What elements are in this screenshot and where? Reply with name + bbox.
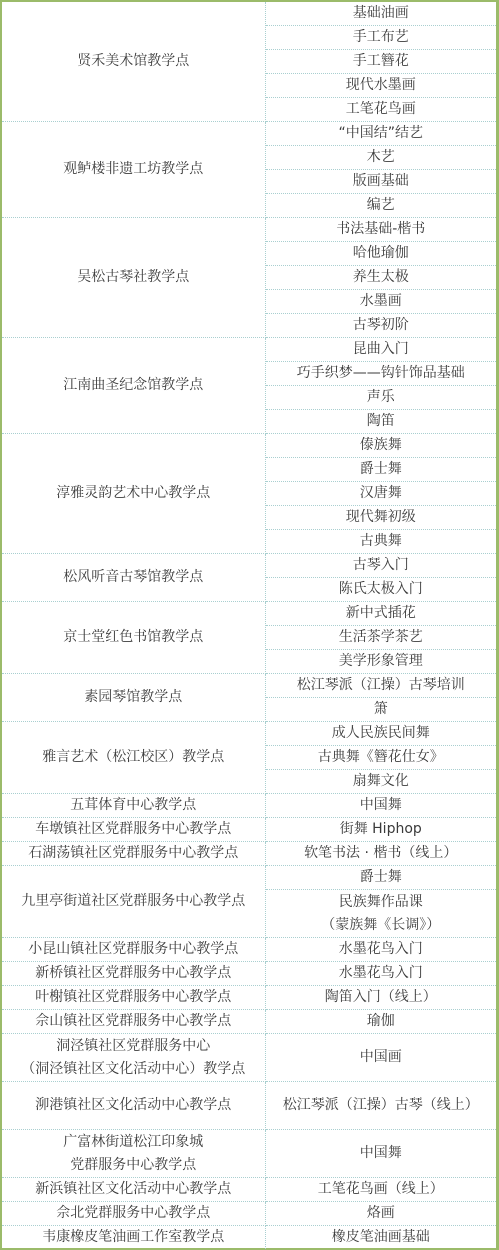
site-name: 观鲈楼非遗工坊教学点 xyxy=(2,122,265,218)
table-row: 洞泾镇社区党群服务中心 （洞泾镇社区文化活动中心）教学点 中国画 xyxy=(2,1034,496,1082)
site-name: 吴松古琴社教学点 xyxy=(2,218,265,338)
table-row: 车墩镇社区党群服务中心教学点 街舞 Hiphop xyxy=(2,818,496,842)
site-name-line: （洞泾镇社区文化活动中心）教学点 xyxy=(4,1058,263,1081)
course-name: 松江琴派（江操）古琴（线上） xyxy=(265,1082,496,1130)
course-name: 街舞 Hiphop xyxy=(265,818,496,842)
course-name: 工笔花鸟画（线上） xyxy=(265,1178,496,1202)
course-name: 哈他瑜伽 xyxy=(265,242,496,266)
course-name: 爵士舞 xyxy=(265,458,496,482)
course-name: 中国舞 xyxy=(265,794,496,818)
site-name: 韦康橡皮笔油画工作室教学点 xyxy=(2,1226,265,1250)
site-name: 洞泾镇社区党群服务中心 （洞泾镇社区文化活动中心）教学点 xyxy=(2,1034,265,1082)
course-name: 古典舞 xyxy=(265,530,496,554)
course-name: 编艺 xyxy=(265,194,496,218)
course-name: 古琴入门 xyxy=(265,554,496,578)
course-name: 版画基础 xyxy=(265,170,496,194)
course-name: 水墨花鸟入门 xyxy=(265,962,496,986)
course-name: 水墨花鸟入门 xyxy=(265,938,496,962)
course-name: 中国画 xyxy=(265,1034,496,1082)
table-row: 泖港镇社区文化活动中心教学点 松江琴派（江操）古琴（线上） xyxy=(2,1082,496,1130)
course-name: 烙画 xyxy=(265,1202,496,1226)
table-row: 贤禾美术馆教学点 基础油画 xyxy=(2,2,496,26)
course-name: “中国结”结艺 xyxy=(265,122,496,146)
table-row: 吴松古琴社教学点 书法基础-楷书 xyxy=(2,218,496,242)
table-row: 石湖荡镇社区党群服务中心教学点 软笔书法 · 楷书（线上） xyxy=(2,842,496,866)
site-name: 车墩镇社区党群服务中心教学点 xyxy=(2,818,265,842)
site-name: 石湖荡镇社区党群服务中心教学点 xyxy=(2,842,265,866)
course-name: 手工布艺 xyxy=(265,26,496,50)
course-name: 书法基础-楷书 xyxy=(265,218,496,242)
table-row: 广富林街道松江印象城 党群服务中心教学点 中国舞 xyxy=(2,1130,496,1178)
table-row: 素园琴馆教学点 松江琴派（江操）古琴培训 xyxy=(2,674,496,698)
site-name: 江南曲圣纪念馆教学点 xyxy=(2,338,265,434)
course-name: 巧手织梦——钩针饰品基础 xyxy=(265,362,496,386)
course-name: 橡皮笔油画基础 xyxy=(265,1226,496,1250)
course-name: 古典舞《簪花仕女》 xyxy=(265,746,496,770)
site-name: 新桥镇社区党群服务中心教学点 xyxy=(2,962,265,986)
site-name: 五茸体育中心教学点 xyxy=(2,794,265,818)
course-name: 软笔书法 · 楷书（线上） xyxy=(265,842,496,866)
course-name: 扇舞文化 xyxy=(265,770,496,794)
site-name-line: 党群服务中心教学点 xyxy=(4,1154,263,1177)
course-name: 木艺 xyxy=(265,146,496,170)
table-row: 韦康橡皮笔油画工作室教学点 橡皮笔油画基础 xyxy=(2,1226,496,1250)
course-name: 昆曲入门 xyxy=(265,338,496,362)
course-name: 箫 xyxy=(265,698,496,722)
site-name-line: 广富林街道松江印象城 xyxy=(4,1131,263,1154)
site-name: 佘山镇社区党群服务中心教学点 xyxy=(2,1010,265,1034)
site-name: 佘北党群服务中心教学点 xyxy=(2,1202,265,1226)
course-name: 基础油画 xyxy=(265,2,496,26)
course-name: 水墨画 xyxy=(265,290,496,314)
site-name: 雅言艺术（松江校区）教学点 xyxy=(2,722,265,794)
table-row: 叶榭镇社区党群服务中心教学点 陶笛入门（线上） xyxy=(2,986,496,1010)
course-table-frame: 贤禾美术馆教学点 基础油画 手工布艺 手工簪花 现代水墨画 工笔花鸟画 观鲈楼非… xyxy=(0,0,499,1250)
site-name: 广富林街道松江印象城 党群服务中心教学点 xyxy=(2,1130,265,1178)
site-name: 小昆山镇社区党群服务中心教学点 xyxy=(2,938,265,962)
table-row: 佘北党群服务中心教学点 烙画 xyxy=(2,1202,496,1226)
course-name: 新中式插花 xyxy=(265,602,496,626)
course-name: 傣族舞 xyxy=(265,434,496,458)
course-name: 陶笛 xyxy=(265,410,496,434)
course-name: 声乐 xyxy=(265,386,496,410)
course-name: 工笔花鸟画 xyxy=(265,98,496,122)
site-name: 素园琴馆教学点 xyxy=(2,674,265,722)
site-name: 京士堂红色书馆教学点 xyxy=(2,602,265,674)
course-name: 成人民族民间舞 xyxy=(265,722,496,746)
table-row: 观鲈楼非遗工坊教学点 “中国结”结艺 xyxy=(2,122,496,146)
site-name-line: 洞泾镇社区党群服务中心 xyxy=(4,1035,263,1058)
site-name: 松风听音古琴馆教学点 xyxy=(2,554,265,602)
course-name: 中国舞 xyxy=(265,1130,496,1178)
site-name: 新浜镇社区文化活动中心教学点 xyxy=(2,1178,265,1202)
course-name: 汉唐舞 xyxy=(265,482,496,506)
course-name: 瑜伽 xyxy=(265,1010,496,1034)
course-name-line: （蒙族舞《长调》） xyxy=(268,914,495,937)
course-name: 手工簪花 xyxy=(265,50,496,74)
site-name: 叶榭镇社区党群服务中心教学点 xyxy=(2,986,265,1010)
table-row: 淳雅灵韵艺术中心教学点 傣族舞 xyxy=(2,434,496,458)
course-name: 陶笛入门（线上） xyxy=(265,986,496,1010)
course-name: 松江琴派（江操）古琴培训 xyxy=(265,674,496,698)
course-name: 陈氏太极入门 xyxy=(265,578,496,602)
site-name: 贤禾美术馆教学点 xyxy=(2,2,265,122)
course-name: 民族舞作品课 （蒙族舞《长调》） xyxy=(265,890,496,938)
course-name: 养生太极 xyxy=(265,266,496,290)
course-name-line: 民族舞作品课 xyxy=(268,891,495,914)
table-row: 佘山镇社区党群服务中心教学点 瑜伽 xyxy=(2,1010,496,1034)
course-name: 爵士舞 xyxy=(265,866,496,890)
course-name: 现代舞初级 xyxy=(265,506,496,530)
table-row: 五茸体育中心教学点 中国舞 xyxy=(2,794,496,818)
course-name: 美学形象管理 xyxy=(265,650,496,674)
table-row: 新浜镇社区文化活动中心教学点 工笔花鸟画（线上） xyxy=(2,1178,496,1202)
course-name: 生活茶学茶艺 xyxy=(265,626,496,650)
table-row: 新桥镇社区党群服务中心教学点 水墨花鸟入门 xyxy=(2,962,496,986)
table-row: 小昆山镇社区党群服务中心教学点 水墨花鸟入门 xyxy=(2,938,496,962)
site-name: 淳雅灵韵艺术中心教学点 xyxy=(2,434,265,554)
table-row: 江南曲圣纪念馆教学点 昆曲入门 xyxy=(2,338,496,362)
course-name: 古琴初阶 xyxy=(265,314,496,338)
course-schedule-table: 贤禾美术馆教学点 基础油画 手工布艺 手工簪花 现代水墨画 工笔花鸟画 观鲈楼非… xyxy=(2,2,496,1249)
table-row: 雅言艺术（松江校区）教学点 成人民族民间舞 xyxy=(2,722,496,746)
site-name: 泖港镇社区文化活动中心教学点 xyxy=(2,1082,265,1130)
table-row: 松风听音古琴馆教学点 古琴入门 xyxy=(2,554,496,578)
table-row: 九里亭街道社区党群服务中心教学点 爵士舞 xyxy=(2,866,496,890)
course-name: 现代水墨画 xyxy=(265,74,496,98)
table-row: 京士堂红色书馆教学点 新中式插花 xyxy=(2,602,496,626)
site-name: 九里亭街道社区党群服务中心教学点 xyxy=(2,866,265,938)
